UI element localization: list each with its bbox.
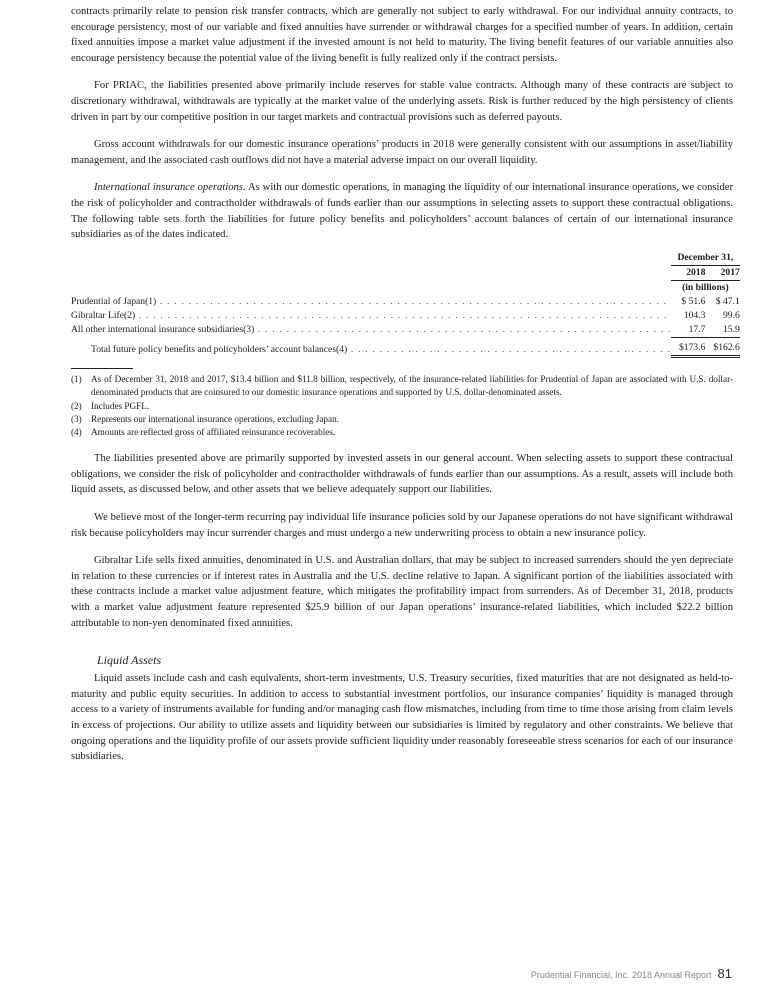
page-footer: Prudential Financial, Inc. 2018 Annual R… (531, 966, 732, 981)
paragraph-liquid-assets: Liquid assets include cash and cash equi… (71, 671, 733, 765)
table-row: Prudential of Japan(1) . . . . . . . . .… (71, 295, 740, 309)
paragraph-general-account: The liabilities presented above are prim… (71, 451, 733, 498)
footnote: (4)Amounts are reflected gross of affili… (71, 426, 733, 439)
total-2018: $173.6 (671, 341, 705, 357)
footnote: (1)As of December 31, 2018 and 2017, $13… (71, 373, 733, 399)
row-label: Prudential of Japan(1) (71, 296, 156, 307)
value-2017: 15.9 (705, 323, 739, 338)
value-2018: $ 51.6 (671, 295, 705, 309)
paragraph-gibraltar-annuities: Gibraltar Life sells fixed annuities, de… (71, 553, 733, 631)
paragraph-gross-withdrawals: Gross account withdrawals for our domest… (71, 137, 733, 168)
page-number: 81 (718, 966, 732, 981)
total-label: Total future policy benefits and policyh… (91, 344, 347, 355)
value-2018: 17.7 (671, 323, 705, 338)
row-label: Gibraltar Life(2) (71, 310, 135, 321)
international-liabilities-table: December 31, 2018 2017 (in billions) Pru… (71, 251, 740, 359)
footnote: (3)Represents our international insuranc… (71, 413, 733, 426)
table-total-row: Total future policy benefits and policyh… (71, 341, 740, 357)
section-heading-liquid-assets: Liquid Assets (97, 653, 733, 668)
paragraph-lead-in: International insurance operations. (94, 182, 246, 193)
footnote-divider (71, 368, 133, 369)
paragraph-japanese-policies: We believe most of the longer-term recur… (71, 510, 733, 541)
paragraph-annuity-persistency: contracts primarily relate to pension ri… (71, 4, 733, 66)
value-2017: 99.6 (705, 309, 739, 323)
paragraph-international-operations: International insurance operations. As w… (71, 180, 733, 242)
paragraph-priac: For PRIAC, the liabilities presented abo… (71, 78, 733, 125)
row-label: All other international insurance subsid… (71, 324, 254, 335)
table-row: Gibraltar Life(2) . . . . . . . . . . . … (71, 309, 740, 323)
document-page: contracts primarily relate to pension ri… (71, 4, 733, 765)
table-header-year-2017: 2017 (705, 265, 739, 280)
footnote: (2)Includes PGFL. (71, 400, 733, 413)
footer-text: Prudential Financial, Inc. 2018 Annual R… (531, 970, 712, 980)
table-row: All other international insurance subsid… (71, 323, 740, 338)
total-2017: $162.6 (705, 341, 739, 357)
value-2018: 104.3 (671, 309, 705, 323)
table-header-year-2018: 2018 (671, 265, 705, 280)
table-header-date: December 31, (671, 251, 740, 266)
value-2017: $ 47.1 (705, 295, 739, 309)
table-units: (in billions) (671, 280, 740, 295)
